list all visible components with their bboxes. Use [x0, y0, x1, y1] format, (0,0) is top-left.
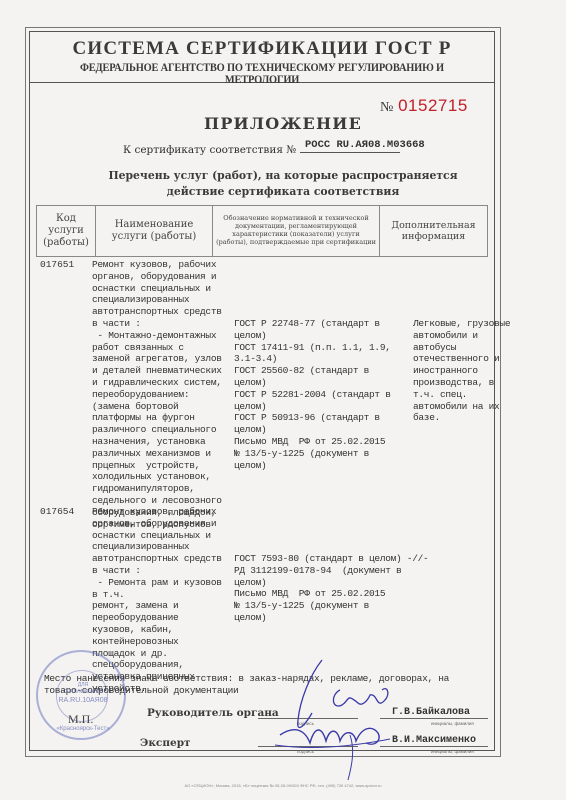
form-number-value: 0152715: [398, 96, 468, 115]
list-title-line1: Перечень услуг (работ), на которые распр…: [0, 168, 566, 184]
head-name-caption: инициалы, фамилия: [431, 721, 474, 726]
row-2-docs: ГОСТ 7593-80 (стандарт в целом) -//- РД …: [234, 553, 428, 624]
stamp-top-text: ДЛЯ: [38, 682, 128, 688]
header-code: Код услуги (работы): [37, 206, 96, 257]
expert-name-caption: инициалы, фамилия: [431, 749, 474, 754]
list-title: Перечень услуг (работ), на которые распр…: [0, 168, 566, 200]
list-title-line2: действие сертификата соответствия: [0, 184, 566, 200]
stamp-mid-text: СЕРТИФИКАТОВ: [38, 689, 128, 695]
certificate-number: POCC RU.АЯ08.M03668: [305, 139, 425, 151]
seal-place-label: М.П.: [68, 712, 93, 727]
printer-footer: АО «ОПЦИОН», Москва, 2015, «Б» лицензия …: [0, 783, 566, 788]
page-title: ПРИЛОЖЕНИЕ: [0, 114, 566, 133]
header-info: Дополнительная информация: [380, 206, 488, 257]
row-1-info: Легковые, грузовые автомобили и автобусы…: [413, 318, 510, 424]
services-table-header: Код услуги (работы) Наименование услуги …: [36, 205, 488, 257]
row-1-code: 017651: [40, 259, 74, 271]
agency-name: ФЕДЕРАЛЬНОЕ АГЕНТСТВО ПО ТЕХНИЧЕСКОМУ РЕ…: [45, 62, 478, 86]
handwritten-signature-icon: [250, 655, 410, 785]
row-2-code: 017654: [40, 506, 74, 518]
header-name: Наименование услуги (работы): [96, 206, 213, 257]
row-1-docs: ГОСТ Р 22748-77 (стандарт в целом) ГОСТ …: [234, 318, 391, 471]
to-certificate-label: К сертификату соответствия №: [123, 144, 296, 156]
expert-label: Эксперт: [140, 737, 191, 749]
header-docs: Обозначение нормативной и технической до…: [213, 206, 380, 257]
number-sign: №: [380, 100, 393, 115]
stamp-code: RA.RU.10АЯ08: [38, 697, 128, 704]
system-title: СИСТЕМА СЕРТИФИКАЦИИ ГОСТ Р: [29, 38, 495, 60]
row-1-name: Ремонт кузовов, рабочих органов, оборудо…: [92, 259, 222, 530]
certificate-header: СИСТЕМА СЕРТИФИКАЦИИ ГОСТ Р ФЕДЕРАЛЬНОЕ …: [29, 31, 495, 83]
form-number: № 0152715: [380, 96, 468, 116]
